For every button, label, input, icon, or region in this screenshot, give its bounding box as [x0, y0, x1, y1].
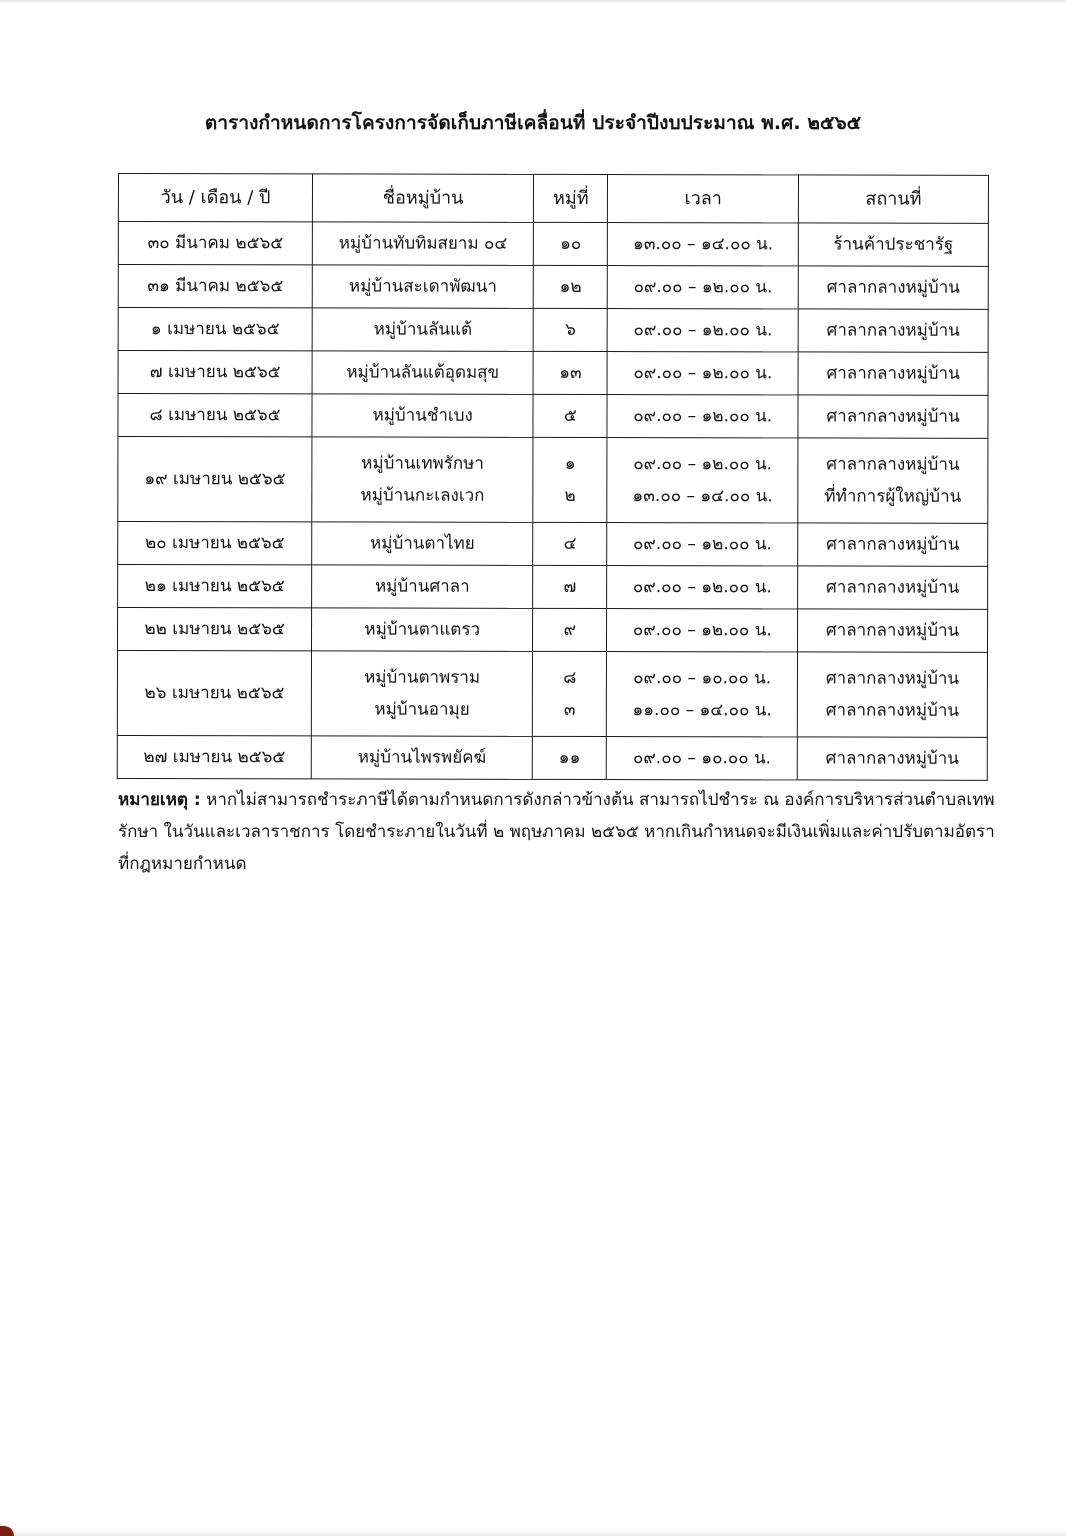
cell-time: ๐๙.๐๐ – ๑๒.๐๐ น. [607, 609, 798, 652]
cell-time-line: ๐๙.๐๐ – ๑๒.๐๐ น. [612, 314, 794, 346]
cell-moo: ๑๑ [532, 736, 606, 779]
cell-time: ๐๙.๐๐ – ๑๒.๐๐ น. [607, 566, 798, 609]
table-row: ๑ เมษายน ๒๕๖๕หมู่บ้านลันแต้๖๐๙.๐๐ – ๑๒.๐… [118, 308, 988, 353]
cell-village: หมู่บ้านลันแต้ [312, 308, 533, 351]
cell-place-line: ศาลากลางหมู่บ้าน [803, 357, 984, 389]
table-row: ๒๒ เมษายน ๒๕๖๕หมู่บ้านตาแตรว๙๐๙.๐๐ – ๑๒.… [117, 608, 987, 653]
table-row: ๓๐ มีนาคม ๒๕๖๕หมู่บ้านทับทิมสยาม ๐๔๑๐๑๓.… [118, 222, 988, 267]
cell-moo: ๑๒ [533, 265, 607, 308]
cell-place: ศาลากลางหมู่บ้าน [798, 609, 988, 652]
cell-place: ศาลากลางหมู่บ้าน [798, 352, 988, 395]
cell-time-line: ๐๙.๐๐ – ๑๒.๐๐ น. [612, 271, 794, 303]
cell-time-line: ๐๙.๐๐ – ๑๐.๐๐ น. [611, 662, 793, 694]
cell-village-line: หมู่บ้านตาพราม [316, 661, 528, 693]
cell-time: ๑๓.๐๐ – ๑๔.๐๐ น. [608, 223, 799, 266]
cell-moo: ๑๒ [533, 437, 607, 522]
cell-village-line: หมู่บ้านไพรพยัคฆ์ [316, 741, 528, 773]
cell-time: ๐๙.๐๐ – ๑๒.๐๐ น. [607, 395, 798, 438]
cell-village-line: หมู่บ้านศาลา [316, 570, 528, 602]
cell-moo: ๕ [533, 394, 607, 437]
cell-place: ศาลากลางหมู่บ้าน [798, 566, 988, 609]
footnote: หมายเหตุ : หากไม่สามารถชำระภาษีได้ตามกำห… [118, 784, 998, 880]
schedule-table: วัน / เดือน / ปี ชื่อหมู่บ้าน หมู่ที่ เว… [117, 173, 989, 781]
cell-village-line: หมู่บ้านลันแต้ [317, 313, 529, 345]
cell-place-line: ศาลากลางหมู่บ้าน [803, 271, 984, 303]
cell-place-line: ที่ทำการผู้ใหญ่บ้าน [802, 480, 983, 512]
cell-moo: ๑๐ [534, 222, 608, 265]
table-row: ๘ เมษายน ๒๕๖๕หมู่บ้านชำเบง๕๐๙.๐๐ – ๑๒.๐๐… [118, 394, 988, 439]
cell-moo-line: ๑ [538, 448, 603, 480]
cell-date: ๓๑ มีนาคม ๒๕๖๕ [118, 265, 312, 308]
cell-time-line: ๑๓.๐๐ – ๑๔.๐๐ น. [612, 480, 794, 512]
header-place: สถานที่ [798, 175, 988, 223]
header-time: เวลา [608, 175, 799, 223]
cell-village-line: หมู่บ้านตาแตรว [316, 613, 528, 645]
page-top-edge [0, 0, 1066, 4]
cell-place-line: ศาลากลางหมู่บ้าน [802, 448, 983, 480]
table-row: ๒๐ เมษายน ๒๕๖๕หมู่บ้านตาไทย๔๐๙.๐๐ – ๑๒.๐… [118, 522, 988, 567]
cell-date: ๓๐ มีนาคม ๒๕๖๕ [118, 222, 312, 265]
cell-time-line: ๑๓.๐๐ – ๑๔.๐๐ น. [612, 228, 794, 260]
cell-village: หมู่บ้านสะเดาพัฒนา [312, 265, 533, 308]
cell-date: ๒๐ เมษายน ๒๕๖๕ [118, 522, 312, 565]
cell-time-line: ๐๙.๐๐ – ๑๒.๐๐ น. [612, 357, 794, 389]
cell-place: ศาลากลางหมู่บ้านที่ทำการผู้ใหญ่บ้าน [798, 438, 988, 523]
table-row: ๗ เมษายน ๒๕๖๕หมู่บ้านลันแต้อุดมสุข๑๓๐๙.๐… [118, 351, 988, 396]
cell-village: หมู่บ้านตาพรามหมู่บ้านอามุย [311, 651, 532, 736]
cell-date: ๒๗ เมษายน ๒๕๖๕ [117, 735, 311, 778]
schedule-body: ๓๐ มีนาคม ๒๕๖๕หมู่บ้านทับทิมสยาม ๐๔๑๐๑๓.… [117, 222, 988, 781]
cell-village-line: หมู่บ้านกะเลงเวก [316, 479, 528, 511]
table-row: ๒๖ เมษายน ๒๕๖๕หมู่บ้านตาพรามหมู่บ้านอามุ… [117, 651, 987, 738]
cell-moo-line: ๔ [537, 528, 602, 560]
cell-village-line: หมู่บ้านสะเดาพัฒนา [317, 270, 529, 302]
cell-place: ศาลากลางหมู่บ้าน [797, 737, 987, 780]
cell-time: ๐๙.๐๐ – ๑๒.๐๐ น. [608, 352, 799, 395]
cell-place-line: ศาลากลางหมู่บ้าน [802, 694, 983, 726]
footnote-text: หากไม่สามารถชำระภาษีได้ตามกำหนดการดังกล่… [118, 790, 995, 874]
cell-village-line: หมู่บ้านชำเบง [317, 399, 529, 431]
cell-moo-line: ๙ [537, 614, 602, 646]
cell-moo: ๙ [533, 608, 607, 651]
cell-village-line: หมู่บ้านลันแต้อุดมสุข [317, 356, 529, 388]
header-moo: หมู่ที่ [534, 174, 608, 222]
cell-place: ศาลากลางหมู่บ้านศาลากลางหมู่บ้าน [797, 652, 987, 737]
binder-corner-mark [0, 1526, 14, 1536]
cell-date: ๒๖ เมษายน ๒๕๖๕ [117, 651, 311, 736]
cell-date: ๒๑ เมษายน ๒๕๖๕ [118, 565, 312, 608]
cell-time-line: ๐๙.๐๐ – ๑๒.๐๐ น. [612, 571, 794, 603]
cell-time: ๐๙.๐๐ – ๑๐.๐๐ น. [607, 737, 798, 780]
cell-village: หมู่บ้านลันแต้อุดมสุข [312, 351, 533, 394]
table-row: ๑๙ เมษายน ๒๕๖๕หมู่บ้านเทพรักษาหมู่บ้านกะ… [118, 437, 988, 524]
cell-moo-line: ๑๐ [538, 228, 603, 260]
cell-date: ๒๒ เมษายน ๒๕๖๕ [117, 608, 311, 651]
cell-moo-line: ๓ [537, 694, 602, 726]
table-row: ๒๑ เมษายน ๒๕๖๕หมู่บ้านศาลา๗๐๙.๐๐ – ๑๒.๐๐… [118, 565, 988, 610]
cell-moo-line: ๑๒ [538, 271, 603, 303]
table-header-row: วัน / เดือน / ปี ชื่อหมู่บ้าน หมู่ที่ เว… [118, 174, 988, 224]
cell-moo-line: ๑๑ [537, 742, 602, 774]
cell-time: ๐๙.๐๐ – ๑๒.๐๐ น.๑๓.๐๐ – ๑๔.๐๐ น. [607, 438, 798, 523]
cell-place: ศาลากลางหมู่บ้าน [798, 395, 988, 438]
cell-moo: ๖ [533, 308, 607, 351]
cell-village-line: หมู่บ้านทับทิมสยาม ๐๔ [317, 227, 529, 259]
cell-place: ศาลากลางหมู่บ้าน [798, 523, 988, 566]
cell-village-line: หมู่บ้านอามุย [316, 693, 528, 725]
cell-moo: ๑๓ [533, 351, 607, 394]
cell-moo-line: ๒ [538, 480, 603, 512]
table-row: ๒๗ เมษายน ๒๕๖๕หมู่บ้านไพรพยัคฆ์๑๑๐๙.๐๐ –… [117, 735, 987, 780]
cell-place-line: ศาลากลางหมู่บ้าน [802, 614, 983, 646]
table-row: ๓๑ มีนาคม ๒๕๖๕หมู่บ้านสะเดาพัฒนา๑๒๐๙.๐๐ … [118, 265, 988, 310]
document-title: ตารางกำหนดการโครงการจัดเก็บภาษีเคลื่อนที… [0, 108, 1066, 138]
cell-date: ๑ เมษายน ๒๕๖๕ [118, 308, 312, 351]
cell-place-line: ศาลากลางหมู่บ้าน [802, 742, 983, 774]
header-village: ชื่อหมู่บ้าน [313, 174, 534, 222]
cell-time-line: ๐๙.๐๐ – ๑๐.๐๐ น. [611, 742, 793, 774]
cell-date: ๑๙ เมษายน ๒๕๖๕ [118, 437, 312, 522]
cell-time-line: ๐๙.๐๐ – ๑๒.๐๐ น. [611, 614, 793, 646]
cell-moo-line: ๗ [537, 571, 602, 603]
cell-moo: ๔ [533, 522, 607, 565]
header-date: วัน / เดือน / ปี [118, 174, 312, 222]
cell-moo-line: ๖ [538, 314, 603, 346]
cell-place: ศาลากลางหมู่บ้าน [798, 309, 988, 352]
cell-moo: ๘๓ [533, 651, 607, 736]
cell-moo-line: ๕ [538, 400, 603, 432]
cell-village: หมู่บ้านศาลา [312, 565, 533, 608]
footnote-label: หมายเหตุ : [118, 790, 201, 810]
cell-place-line: ศาลากลางหมู่บ้าน [802, 400, 983, 432]
cell-place: ร้านค้าประชารัฐ [798, 223, 988, 266]
cell-village: หมู่บ้านเทพรักษาหมู่บ้านกะเลงเวก [312, 437, 533, 522]
cell-place-line: ศาลากลางหมู่บ้าน [803, 314, 984, 346]
cell-time-line: ๐๙.๐๐ – ๑๒.๐๐ น. [612, 528, 794, 560]
cell-place-line: ศาลากลางหมู่บ้าน [802, 528, 983, 560]
cell-village-line: หมู่บ้านตาไทย [316, 527, 528, 559]
cell-place: ศาลากลางหมู่บ้าน [798, 266, 988, 309]
cell-time: ๐๙.๐๐ – ๑๐.๐๐ น.๑๑.๐๐ – ๑๔.๐๐ น. [607, 652, 798, 737]
cell-time: ๐๙.๐๐ – ๑๒.๐๐ น. [607, 523, 798, 566]
cell-time: ๐๙.๐๐ – ๑๒.๐๐ น. [608, 266, 799, 309]
cell-time-line: ๐๙.๐๐ – ๑๒.๐๐ น. [612, 448, 794, 480]
cell-village: หมู่บ้านทับทิมสยาม ๐๔ [312, 222, 533, 265]
cell-time-line: ๐๙.๐๐ – ๑๒.๐๐ น. [612, 400, 794, 432]
cell-village: หมู่บ้านตาไทย [312, 522, 533, 565]
cell-place-line: ร้านค้าประชารัฐ [803, 228, 984, 260]
cell-place-line: ศาลากลางหมู่บ้าน [802, 571, 983, 603]
cell-date: ๘ เมษายน ๒๕๖๕ [118, 394, 312, 437]
cell-moo-line: ๑๓ [538, 357, 603, 389]
cell-time: ๐๙.๐๐ – ๑๒.๐๐ น. [608, 309, 799, 352]
cell-village-line: หมู่บ้านเทพรักษา [316, 447, 528, 479]
cell-village: หมู่บ้านชำเบง [312, 394, 533, 437]
cell-village: หมู่บ้านไพรพยัคฆ์ [311, 736, 532, 779]
page-bottom-edge [0, 1530, 1066, 1536]
cell-date: ๗ เมษายน ๒๕๖๕ [118, 351, 312, 394]
cell-moo-line: ๘ [537, 662, 602, 694]
cell-village: หมู่บ้านตาแตรว [312, 608, 533, 651]
cell-place-line: ศาลากลางหมู่บ้าน [802, 662, 983, 694]
cell-moo: ๗ [533, 565, 607, 608]
cell-time-line: ๑๑.๐๐ – ๑๔.๐๐ น. [611, 694, 793, 726]
